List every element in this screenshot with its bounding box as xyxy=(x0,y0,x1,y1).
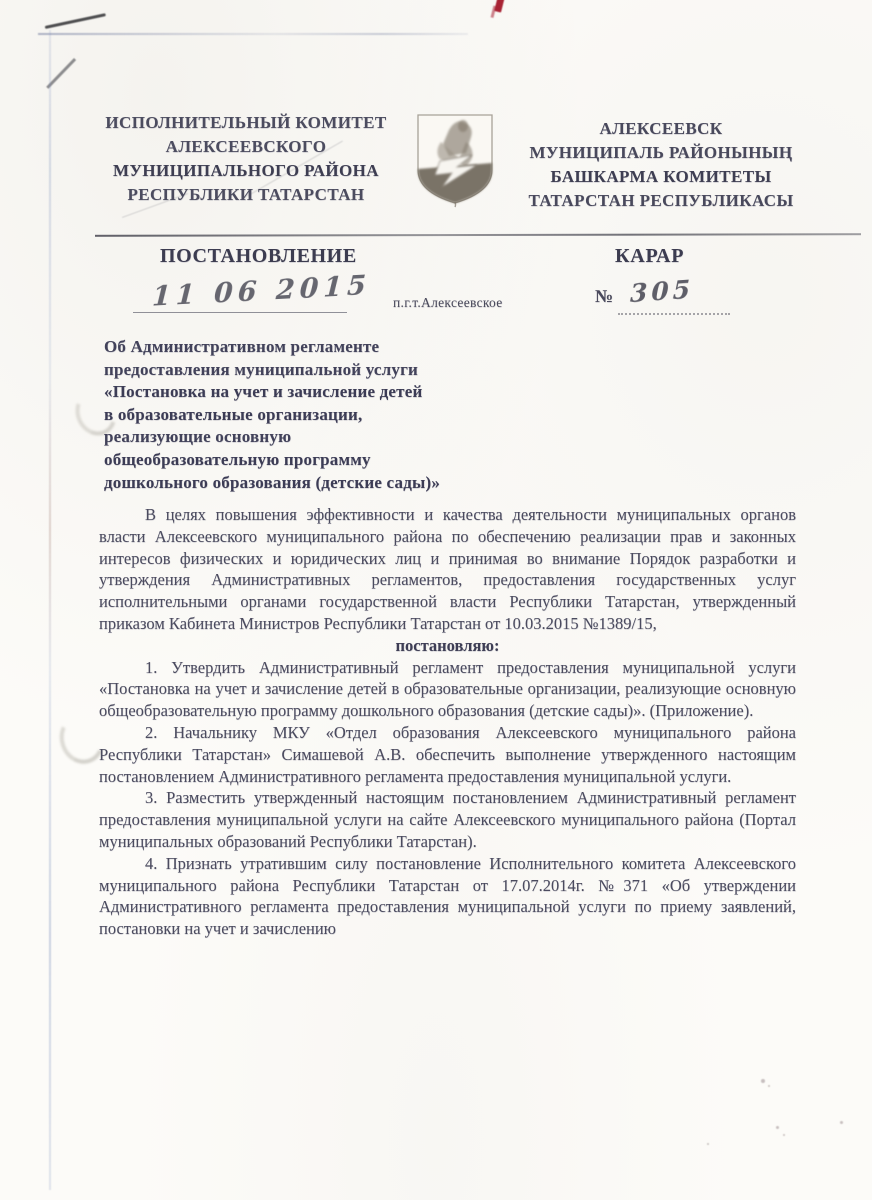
red-pen-mark xyxy=(494,0,505,13)
org-line: ТАТАРСТАН РЕСПУБЛИКАСЫ xyxy=(508,189,814,213)
decree-item-1: 1. Утвердить Административный регламент … xyxy=(99,657,796,722)
scan-fold-line-vertical xyxy=(49,30,51,1190)
org-line: МУНИЦИПАЛЬНОГО РАЙОНА xyxy=(95,159,397,183)
decree-item-2: 2. Начальнику МКУ «Отдел образования Але… xyxy=(99,722,796,787)
doc-type-tatar: КАРАР xyxy=(615,245,684,268)
scan-speckle xyxy=(707,1143,709,1145)
subject-line: предоставления муниципальной услуги xyxy=(104,359,534,382)
scanned-decree-page: ИСПОЛНИТЕЛЬНЫЙ КОМИТЕТ АЛЕКСЕЕВСКОГО МУН… xyxy=(0,0,872,1200)
org-line: БАШКАРМА КОМИТЕТЫ xyxy=(508,165,814,189)
scan-speckle xyxy=(776,1126,779,1129)
subject-line: общеобразовательную программу xyxy=(104,449,534,472)
doc-type-russian: ПОСТАНОВЛЕНИЕ xyxy=(160,245,357,268)
resolve-word: постановляю: xyxy=(99,635,796,657)
org-line: РЕСПУБЛИКИ ТАТАРСТАН xyxy=(95,183,397,207)
scan-speckle xyxy=(840,1121,843,1124)
subject-line: дошкольного образования (детские сады)» xyxy=(104,472,534,495)
subject-line: «Постановка на учет и зачисление детей xyxy=(104,381,534,404)
org-line: АЛЕКСЕЕВСК xyxy=(508,117,814,141)
pen-slash-mark xyxy=(45,13,106,29)
place-name: п.г.т.Алексеевское xyxy=(393,295,503,311)
org-line: МУНИЦИПАЛЬ РАЙОНЫНЫҢ xyxy=(508,141,814,165)
decree-body: В целях повышения эффективности и качест… xyxy=(99,504,796,940)
org-line: ИСПОЛНИТЕЛЬНЫЙ КОМИТЕТ xyxy=(95,111,397,135)
issuer-name-russian: ИСПОЛНИТЕЛЬНЫЙ КОМИТЕТ АЛЕКСЕЕВСКОГО МУН… xyxy=(95,111,397,207)
coat-of-arms-icon xyxy=(411,112,499,208)
header-separator-line xyxy=(95,233,861,237)
scan-speckle xyxy=(783,1134,785,1136)
decree-item-3: 3. Разместить утвержденный настоящим пос… xyxy=(99,787,796,852)
preamble-paragraph: В целях повышения эффективности и качест… xyxy=(99,504,796,635)
subject-line: в образовательные организации, xyxy=(104,404,534,427)
handwritten-number: 305 xyxy=(630,275,695,309)
issuer-name-tatar: АЛЕКСЕЕВСК МУНИЦИПАЛЬ РАЙОНЫНЫҢ БАШКАРМА… xyxy=(508,117,814,213)
scan-speckle xyxy=(761,1079,765,1083)
scan-speckle xyxy=(768,1085,770,1087)
subject-line: реализующие основную xyxy=(104,426,534,449)
org-line: АЛЕКСЕЕВСКОГО xyxy=(95,135,397,159)
decree-item-4: 4. Признать утратившим силу постановлени… xyxy=(99,853,796,940)
number-sign-label: № xyxy=(595,286,613,307)
subject-line: Об Административном регламенте xyxy=(104,336,534,359)
decree-subject: Об Административном регламенте предостав… xyxy=(104,336,534,494)
scan-fold-line-horizontal xyxy=(38,33,468,35)
